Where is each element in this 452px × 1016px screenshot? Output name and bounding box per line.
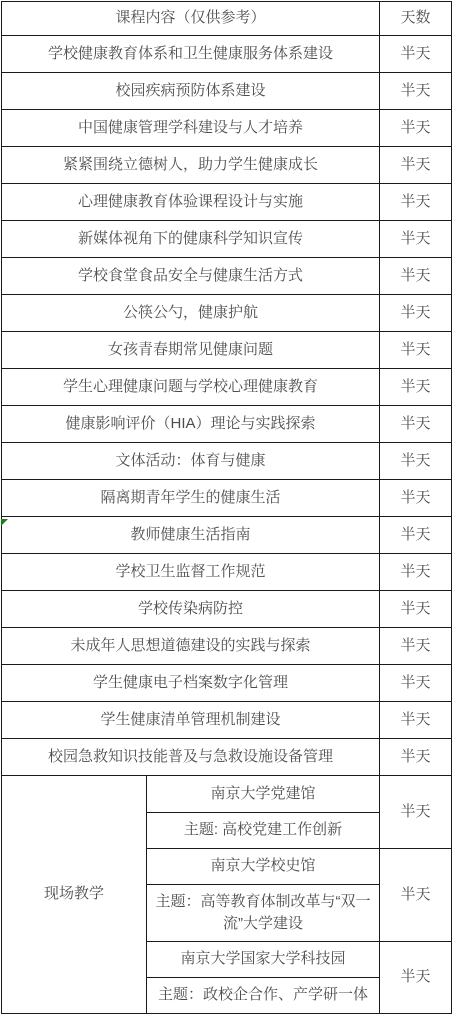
days-cell: 半天 (380, 665, 452, 702)
course-title-cell: 校园疾病预防体系建设 (2, 73, 380, 110)
course-title-cell: 女孩青春期常见健康问题 (2, 332, 380, 369)
course-title-cell: 学校健康教育体系和卫生健康服务体系建设 (2, 36, 380, 73)
table-row: 新媒体视角下的健康科学知识宣传 半天 (2, 221, 452, 258)
course-title-cell: 心理健康教育体验课程设计与实施 (2, 184, 380, 221)
green-corner-marker (1, 519, 8, 526)
course-title-cell: 学生健康清单管理机制建设 (2, 702, 380, 739)
days-cell: 半天 (380, 295, 452, 332)
days-cell: 半天 (380, 221, 452, 258)
days-cell: 半天 (380, 73, 452, 110)
table-row: 学生健康电子档案数字化管理 半天 (2, 665, 452, 702)
table-row: 学生健康清单管理机制建设 半天 (2, 702, 452, 739)
course-title-cell: 公筷公勺，健康护航 (2, 295, 380, 332)
days-cell: 半天 (380, 406, 452, 443)
course-title-cell: 新媒体视角下的健康科学知识宣传 (2, 221, 380, 258)
days-cell: 半天 (380, 702, 452, 739)
venue-cell: 南京大学国家大学科技园 (147, 942, 380, 978)
days-cell: 半天 (380, 110, 452, 147)
onsite-label-cell: 现场教学 (2, 776, 147, 1014)
course-title-cell: 学生健康电子档案数字化管理 (2, 665, 380, 702)
days-cell: 半天 (380, 517, 452, 554)
days-cell: 半天 (380, 942, 452, 1014)
course-title-cell: 校园急救知识技能普及与急救设施设备管理 (2, 739, 380, 776)
course-title-cell: 未成年人思想道德建设的实践与探索 (2, 628, 380, 665)
venue-cell: 南京大学党建馆 (147, 776, 380, 813)
table-row: 学生心理健康问题与学校心理健康教育 半天 (2, 369, 452, 406)
days-cell: 半天 (380, 443, 452, 480)
venue-cell: 南京大学校史馆 (147, 849, 380, 885)
table-row: 隔离期青年学生的健康生活 半天 (2, 480, 452, 517)
table-row: 健康影响评价（HIA）理论与实践探索 半天 (2, 406, 452, 443)
table-row: 紧紧围绕立德树人，助力学生健康成长 半天 (2, 147, 452, 184)
course-title-cell: 文体活动：体育与健康 (2, 443, 380, 480)
table-row: 校园疾病预防体系建设 半天 (2, 73, 452, 110)
days-cell: 半天 (380, 739, 452, 776)
course-title-cell: 学校卫生监督工作规范 (2, 554, 380, 591)
table-row: 学校卫生监督工作规范 半天 (2, 554, 452, 591)
theme-cell: 主题：政校企合作、产学研一体 (147, 978, 380, 1014)
course-title-cell: 紧紧围绕立德树人，助力学生健康成长 (2, 147, 380, 184)
days-cell: 半天 (380, 776, 452, 849)
table-row: 心理健康教育体验课程设计与实施 半天 (2, 184, 452, 221)
days-cell: 半天 (380, 480, 452, 517)
course-title-cell: 学生心理健康问题与学校心理健康教育 (2, 369, 380, 406)
table-row: 中国健康管理学科建设与人才培养 半天 (2, 110, 452, 147)
course-title-cell: 健康影响评价（HIA）理论与实践探索 (2, 406, 380, 443)
table-header-row: 课程内容（仅供参考） 天数 (2, 2, 452, 36)
table-row: 学校食堂食品安全与健康生活方式 半天 (2, 258, 452, 295)
theme-cell: 主题：高等教育体制改革与“双一流”大学建设 (147, 885, 380, 942)
onsite-row-venue-1: 现场教学 南京大学党建馆 半天 (2, 776, 452, 813)
course-title-cell: 中国健康管理学科建设与人才培养 (2, 110, 380, 147)
header-days-cell: 天数 (380, 2, 452, 36)
table-row: 公筷公勺，健康护航 半天 (2, 295, 452, 332)
days-cell: 半天 (380, 184, 452, 221)
table-row: 教师健康生活指南 半天 (2, 517, 452, 554)
days-cell: 半天 (380, 258, 452, 295)
theme-cell: 主题: 高校党建工作创新 (147, 813, 380, 849)
table-row: 文体活动：体育与健康 半天 (2, 443, 452, 480)
course-title-cell: 教师健康生活指南 (2, 517, 380, 554)
days-cell: 半天 (380, 554, 452, 591)
table-row: 学校传染病防控 半天 (2, 591, 452, 628)
days-cell: 半天 (380, 849, 452, 942)
table-row: 女孩青春期常见健康问题 半天 (2, 332, 452, 369)
days-cell: 半天 (380, 36, 452, 73)
course-title-cell: 隔离期青年学生的健康生活 (2, 480, 380, 517)
days-cell: 半天 (380, 591, 452, 628)
table-row: 校园急救知识技能普及与急救设施设备管理 半天 (2, 739, 452, 776)
header-content-cell: 课程内容（仅供参考） (2, 2, 380, 36)
course-title-cell: 学校传染病防控 (2, 591, 380, 628)
days-cell: 半天 (380, 147, 452, 184)
days-cell: 半天 (380, 369, 452, 406)
course-title-cell: 学校食堂食品安全与健康生活方式 (2, 258, 380, 295)
table-row: 未成年人思想道德建设的实践与探索 半天 (2, 628, 452, 665)
table-row: 学校健康教育体系和卫生健康服务体系建设 半天 (2, 36, 452, 73)
days-cell: 半天 (380, 628, 452, 665)
days-cell: 半天 (380, 332, 452, 369)
course-schedule-table: 课程内容（仅供参考） 天数 学校健康教育体系和卫生健康服务体系建设 半天 校园疾… (1, 1, 452, 1014)
